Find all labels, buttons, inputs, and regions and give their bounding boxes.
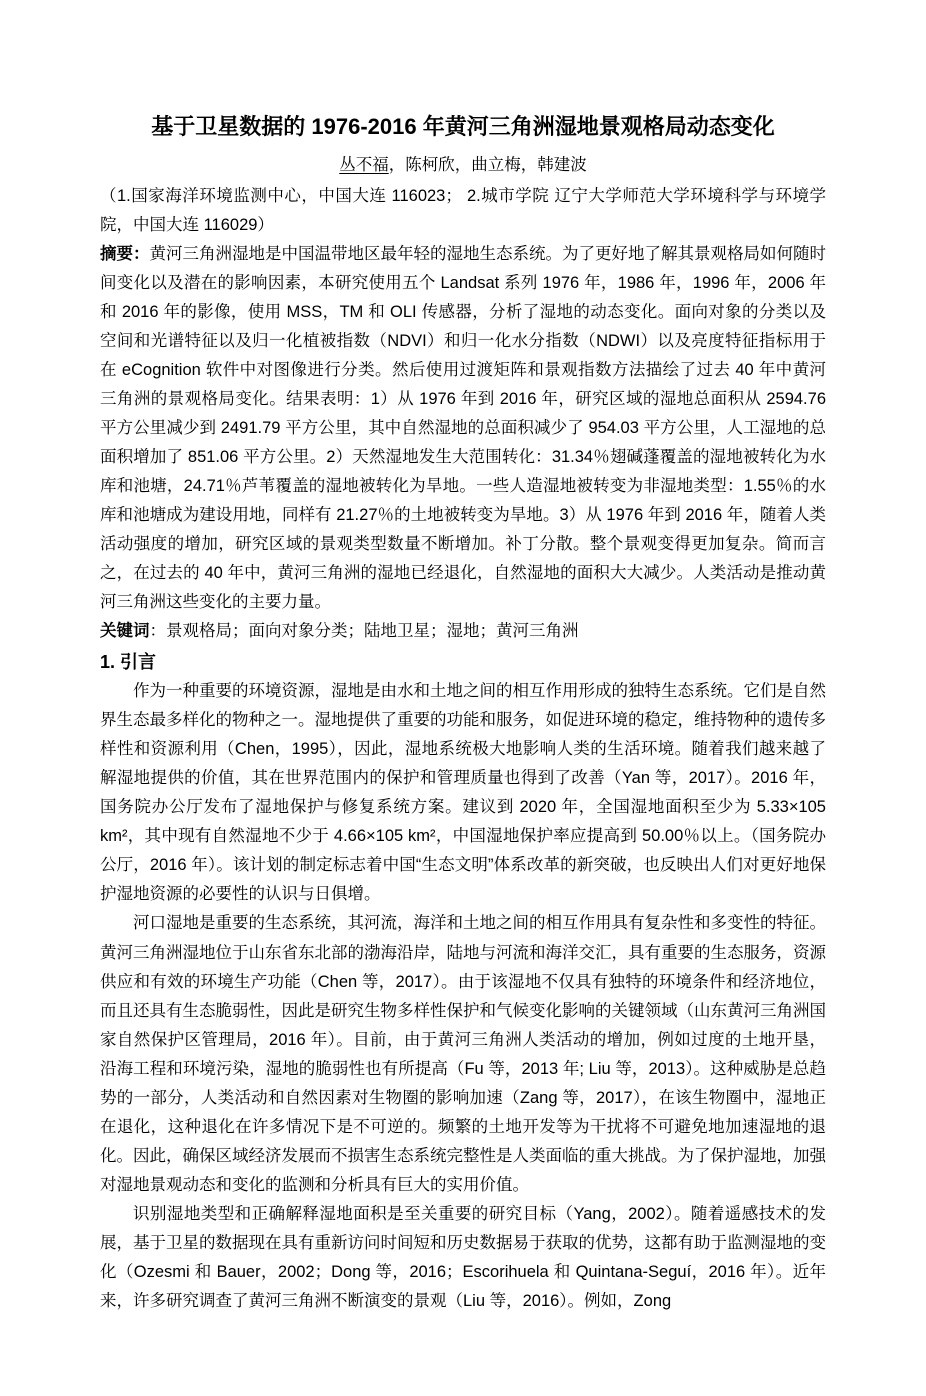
document-page: 基于卫星数据的 1976-2016 年黄河三角洲湿地景观格局动态变化 丛不福，陈… (0, 0, 926, 1396)
abstract-label: 摘要： (100, 245, 150, 263)
keywords-line: 关键词：景观格局；面向对象分类；陆地卫星；湿地；黄河三角洲 (100, 617, 826, 646)
keywords-label: 关键词 (100, 622, 150, 640)
intro-paragraph-2: 河口湿地是重要的生态系统，其河流，海洋和土地之间的相互作用具有复杂性和多变性的特… (100, 909, 826, 1199)
other-authors: ，陈柯欣，曲立梅，韩建波 (389, 156, 587, 174)
abstract-paragraph: 摘要：黄河三角洲湿地是中国温带地区最年轻的湿地生态系统。为了更好地了解其景观格局… (100, 240, 826, 617)
authors-line: 丛不福，陈柯欣，曲立梅，韩建波 (100, 151, 826, 180)
first-author: 丛不福 (339, 156, 389, 174)
affiliation-line: （1.国家海洋环境监测中心，中国大连 116023； 2.城市学院 辽宁大学师范… (100, 182, 826, 240)
page-title: 基于卫星数据的 1976-2016 年黄河三角洲湿地景观格局动态变化 (100, 112, 826, 142)
abstract-text: 黄河三角洲湿地是中国温带地区最年轻的湿地生态系统。为了更好地了解其景观格局如何随… (100, 245, 826, 611)
keywords-text: ：景观格局；面向对象分类；陆地卫星；湿地；黄河三角洲 (150, 622, 579, 640)
intro-paragraph-3: 识别湿地类型和正确解释湿地面积是至关重要的研究目标（Yang，2002）。随着遥… (100, 1200, 826, 1316)
section-heading-introduction: 1. 引言 (100, 649, 826, 676)
intro-paragraph-1: 作为一种重要的环境资源，湿地是由水和土地之间的相互作用形成的独特生态系统。它们是… (100, 677, 826, 909)
